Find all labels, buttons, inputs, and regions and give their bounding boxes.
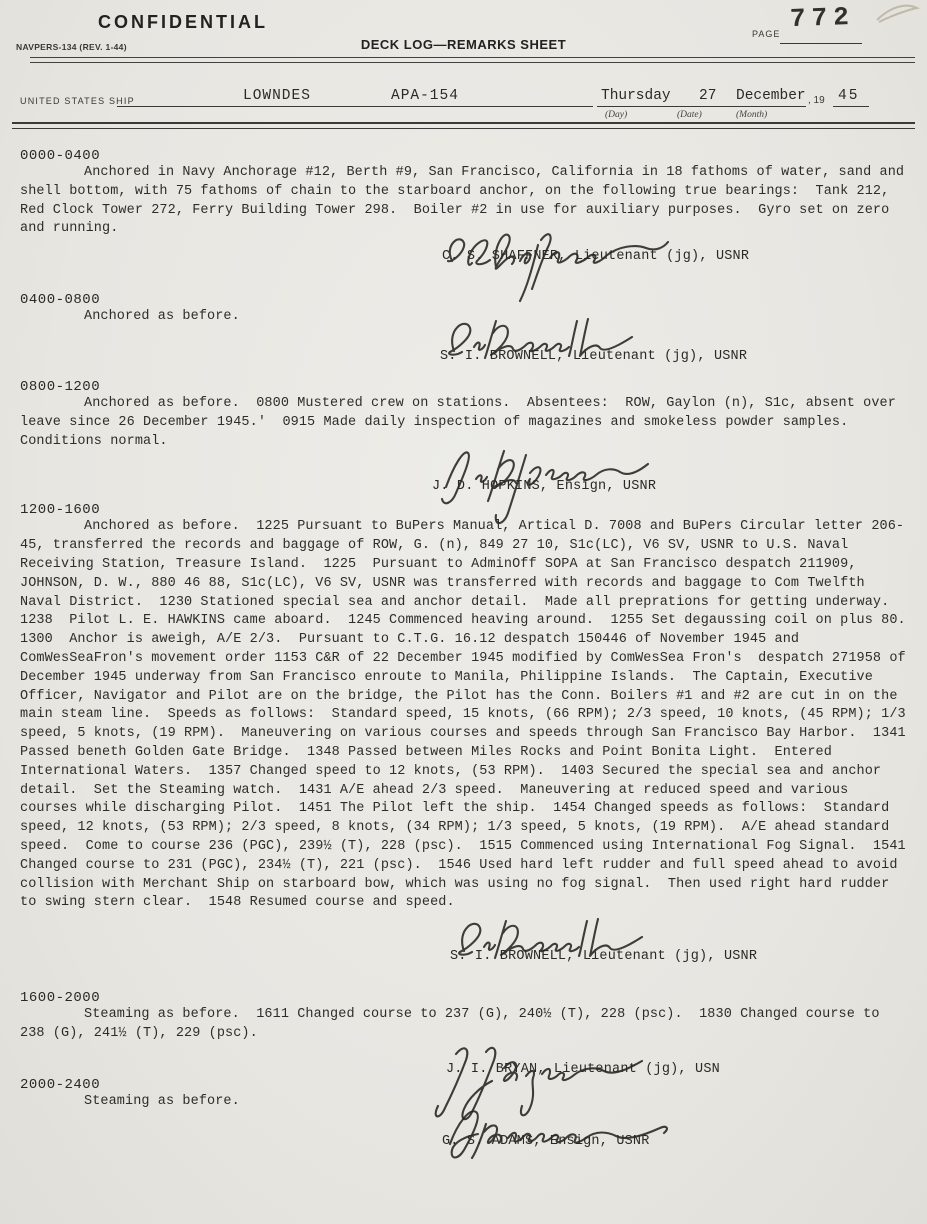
log-entry-text: Anchored as before. 1225 Pursuant to BuP… [20,518,907,913]
watch-time-range: 0000-0400 [20,148,907,164]
day-caption: (Day) [605,110,627,120]
ship-name-rule [117,106,593,107]
page-number: 772 [789,2,855,34]
signature-name: C. S. SHAFFNER, Lieutenant (jg), USNR [442,249,907,264]
watch-section-1200-1600: 1200-1600 Anchored as before. 1225 Pursu… [20,502,907,964]
log-day: Thursday [601,88,671,104]
signature-block: C. S. SHAFFNER, Lieutenant (jg), USNR [440,225,907,264]
watch-section-1600-2000: 1600-2000 Steaming as before. 1611 Chang… [20,990,907,1077]
form-header: CONFIDENTIAL PAGE 772 NAVPERS-134 (REV. … [0,0,927,132]
signature-block: S. I. BROWNELL, Lieutenant (jg), USNR [448,911,907,964]
signature-name: S. I. BROWNELL, Lieutenant (jg), USNR [450,949,907,964]
form-title: DECK LOG—REMARKS SHEET [0,37,927,52]
ship-hull-number: APA-154 [391,88,459,104]
year-prefix: , 19 [808,95,825,106]
signature-name: J. D. HOPKINS, Ensign, USNR [432,479,907,494]
watch-section-2000-2400: 2000-2400 Steaming as before. G. S. ADAM… [20,1077,907,1149]
deck-log-page: CONFIDENTIAL PAGE 772 NAVPERS-134 (REV. … [0,0,927,1224]
signature-name: S. I. BROWNELL, Lieutenant (jg), USNR [440,349,907,364]
signature-name: J. I. BRYAN, Lieutenant (jg), USN [446,1062,907,1077]
watch-time-range: 0800-1200 [20,379,907,395]
signature-block: J. D. HOPKINS, Ensign, USNR [432,441,907,494]
log-year: 45 [838,88,859,104]
watch-time-range: 0400-0800 [20,292,907,308]
ship-name: LOWNDES [243,88,311,104]
watch-section-0400-0800: 0400-0800 Anchored as before. S. I. BROW… [20,292,907,364]
watch-section-0000-0400: 0000-0400 Anchored in Navy Anchorage #12… [20,148,907,264]
watch-section-0800-1200: 0800-1200 Anchored as before. 0800 Muste… [20,379,907,494]
classification-stamp: CONFIDENTIAL [98,12,268,33]
signature-name: G. S. ADAMS, Ensign, USNR [442,1134,907,1149]
signature-shaffner [440,225,670,271]
log-entry-text: Steaming as before. 1611 Changed course … [20,1006,907,1044]
header-heavy-divider [12,122,915,129]
date-rule [597,106,806,107]
signature-block: G. S. ADAMS, Ensign, USNR [438,1098,907,1149]
log-date: 27 [699,88,716,104]
log-entries: 0000-0400 Anchored in Navy Anchorage #12… [20,132,907,1149]
ship-label: UNITED STATES SHIP [20,96,135,106]
watch-time-range: 1200-1600 [20,502,907,518]
signature-block: S. I. BROWNELL, Lieutenant (jg), USNR [438,311,907,364]
watch-time-range: 1600-2000 [20,990,907,1006]
year-rule [833,106,869,107]
header-divider [30,57,915,63]
pencil-mark-icon [865,0,925,26]
month-caption: (Month) [736,110,767,120]
signature-block: J. I. BRYAN, Lieutenant (jg), USN [434,1040,907,1077]
date-caption: (Date) [677,110,702,120]
log-month: December [736,88,806,104]
